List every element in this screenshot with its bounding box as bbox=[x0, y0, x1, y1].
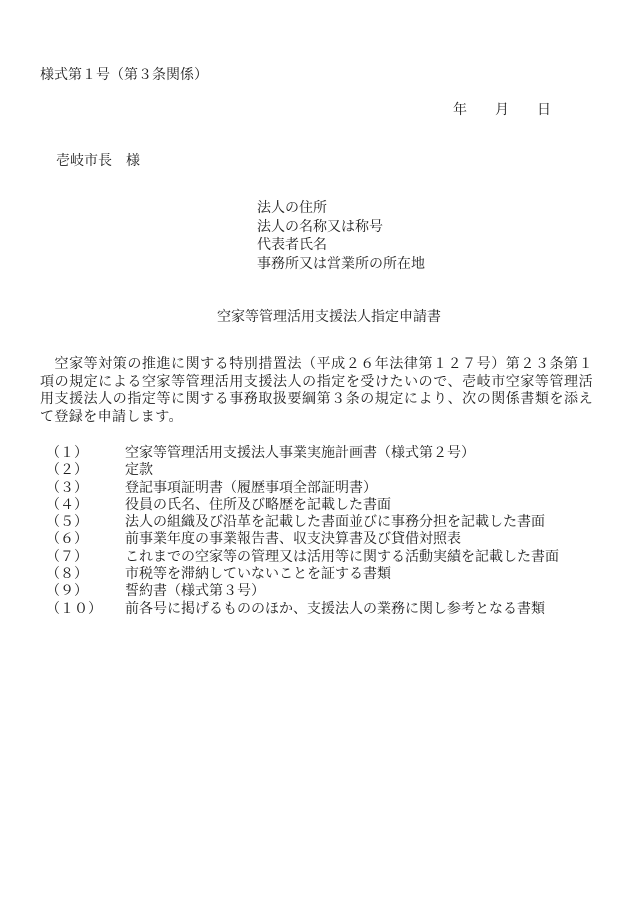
attachment-label: 誓約書（様式第３号） bbox=[125, 583, 559, 600]
attachment-number: （５） bbox=[46, 514, 125, 531]
attachment-item: （１） 空家等管理活用支援法人事業実施計画書（様式第２号） bbox=[46, 445, 559, 462]
date-line: 年 月 日 bbox=[453, 99, 551, 119]
applicant-fields-block: 法人の住所 法人の名称又は称号 代表者氏名 事務所又は営業所の所在地 bbox=[257, 200, 425, 275]
attachment-number: （７） bbox=[46, 549, 125, 566]
attachment-number: （１０） bbox=[46, 601, 125, 618]
applicant-field-corporate-name: 法人の名称又は称号 bbox=[257, 219, 425, 238]
addressee-line: 壱岐市長 様 bbox=[56, 150, 140, 170]
attachment-label: これまでの空家等の管理又は活用等に関する活動実績を記載した書面 bbox=[125, 549, 559, 566]
attachment-label: 空家等管理活用支援法人事業実施計画書（様式第２号） bbox=[125, 445, 559, 462]
body-paragraph: 空家等対策の推進に関する特別措置法（平成２６年法律第１２７号）第２３条第１項の規… bbox=[40, 356, 593, 426]
attachment-item: （３） 登記事項証明書（履歴事項全部証明書） bbox=[46, 480, 559, 497]
attachment-item: （１０） 前各号に掲げるもののほか、支援法人の業務に関し参考となる書類 bbox=[46, 601, 559, 618]
form-number: 様式第１号（第３条関係） bbox=[40, 64, 208, 84]
attachment-number: （２） bbox=[46, 462, 125, 479]
attachment-item: （６） 前事業年度の事業報告書、収支決算書及び貸借対照表 bbox=[46, 531, 559, 548]
attachment-list: （１） 空家等管理活用支援法人事業実施計画書（様式第２号） （２） 定款 （３）… bbox=[46, 445, 559, 618]
attachment-number: （１） bbox=[46, 445, 125, 462]
attachment-label: 登記事項証明書（履歴事項全部証明書） bbox=[125, 480, 559, 497]
applicant-field-office-location: 事務所又は営業所の所在地 bbox=[257, 256, 425, 275]
attachment-number: （４） bbox=[46, 497, 125, 514]
document-page: 様式第１号（第３条関係） 年 月 日 壱岐市長 様 法人の住所 法人の名称又は称… bbox=[0, 0, 630, 903]
document-title: 空家等管理活用支援法人指定申請書 bbox=[0, 306, 630, 326]
attachment-label: 前事業年度の事業報告書、収支決算書及び貸借対照表 bbox=[125, 531, 559, 548]
attachment-number: （６） bbox=[46, 531, 125, 548]
attachment-number: （９） bbox=[46, 583, 125, 600]
applicant-field-address: 法人の住所 bbox=[257, 200, 425, 219]
attachment-label: 法人の組織及び沿革を記載した書面並びに事務分担を記載した書面 bbox=[125, 514, 559, 531]
attachment-label: 定款 bbox=[125, 462, 559, 479]
attachment-label: 役員の氏名、住所及び略歴を記載した書面 bbox=[125, 497, 559, 514]
attachment-item: （４） 役員の氏名、住所及び略歴を記載した書面 bbox=[46, 497, 559, 514]
attachment-item: （５） 法人の組織及び沿革を記載した書面並びに事務分担を記載した書面 bbox=[46, 514, 559, 531]
attachment-number: （３） bbox=[46, 480, 125, 497]
attachment-item: （２） 定款 bbox=[46, 462, 559, 479]
attachment-item: （９） 誓約書（様式第３号） bbox=[46, 583, 559, 600]
applicant-field-representative-name: 代表者氏名 bbox=[257, 237, 425, 256]
attachment-item: （７） これまでの空家等の管理又は活用等に関する活動実績を記載した書面 bbox=[46, 549, 559, 566]
attachment-label: 前各号に掲げるもののほか、支援法人の業務に関し参考となる書類 bbox=[125, 601, 559, 618]
attachment-label: 市税等を滞納していないことを証する書類 bbox=[125, 566, 559, 583]
attachment-item: （８） 市税等を滞納していないことを証する書類 bbox=[46, 566, 559, 583]
attachment-number: （８） bbox=[46, 566, 125, 583]
